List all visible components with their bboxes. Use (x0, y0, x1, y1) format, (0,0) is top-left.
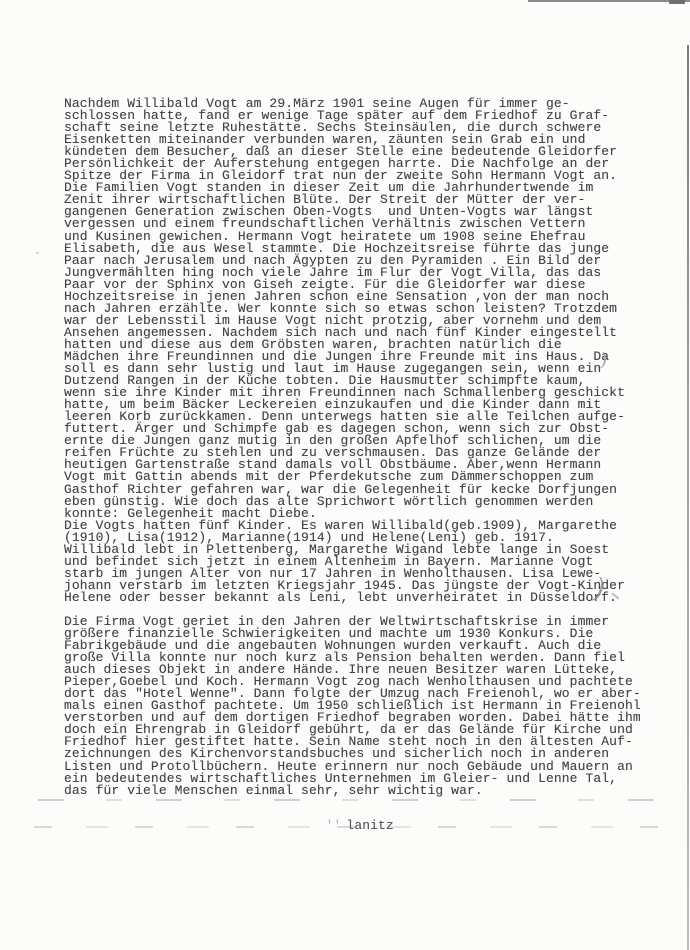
scan-artifact-dashes-below-signature (34, 826, 686, 828)
paragraph-2: Die Vogts hatten fünf Kinder. Es waren W… (64, 520, 649, 604)
scan-edge-top-line (528, 0, 690, 2)
scan-edge-corner-spot (669, 0, 685, 4)
text-line: Helene oder besser bekannt als Leni, leb… (64, 592, 649, 604)
scan-artifact-dashes-above-signature (38, 799, 684, 801)
paragraph-3: Die Firma Vogt geriet in den Jahren der … (64, 616, 649, 797)
scan-edge-right-line (687, 45, 689, 950)
paragraph-1: Nachdem Willibald Vogt am 29.März 1901 s… (64, 98, 649, 520)
scan-artifact-speck (36, 252, 39, 254)
text-line: das für viele Menschen einmal sehr, sehr… (64, 785, 649, 797)
typewritten-text-block: Nachdem Willibald Vogt am 29.März 1901 s… (64, 98, 649, 797)
scanned-document-page: Nachdem Willibald Vogt am 29.März 1901 s… (0, 0, 690, 950)
